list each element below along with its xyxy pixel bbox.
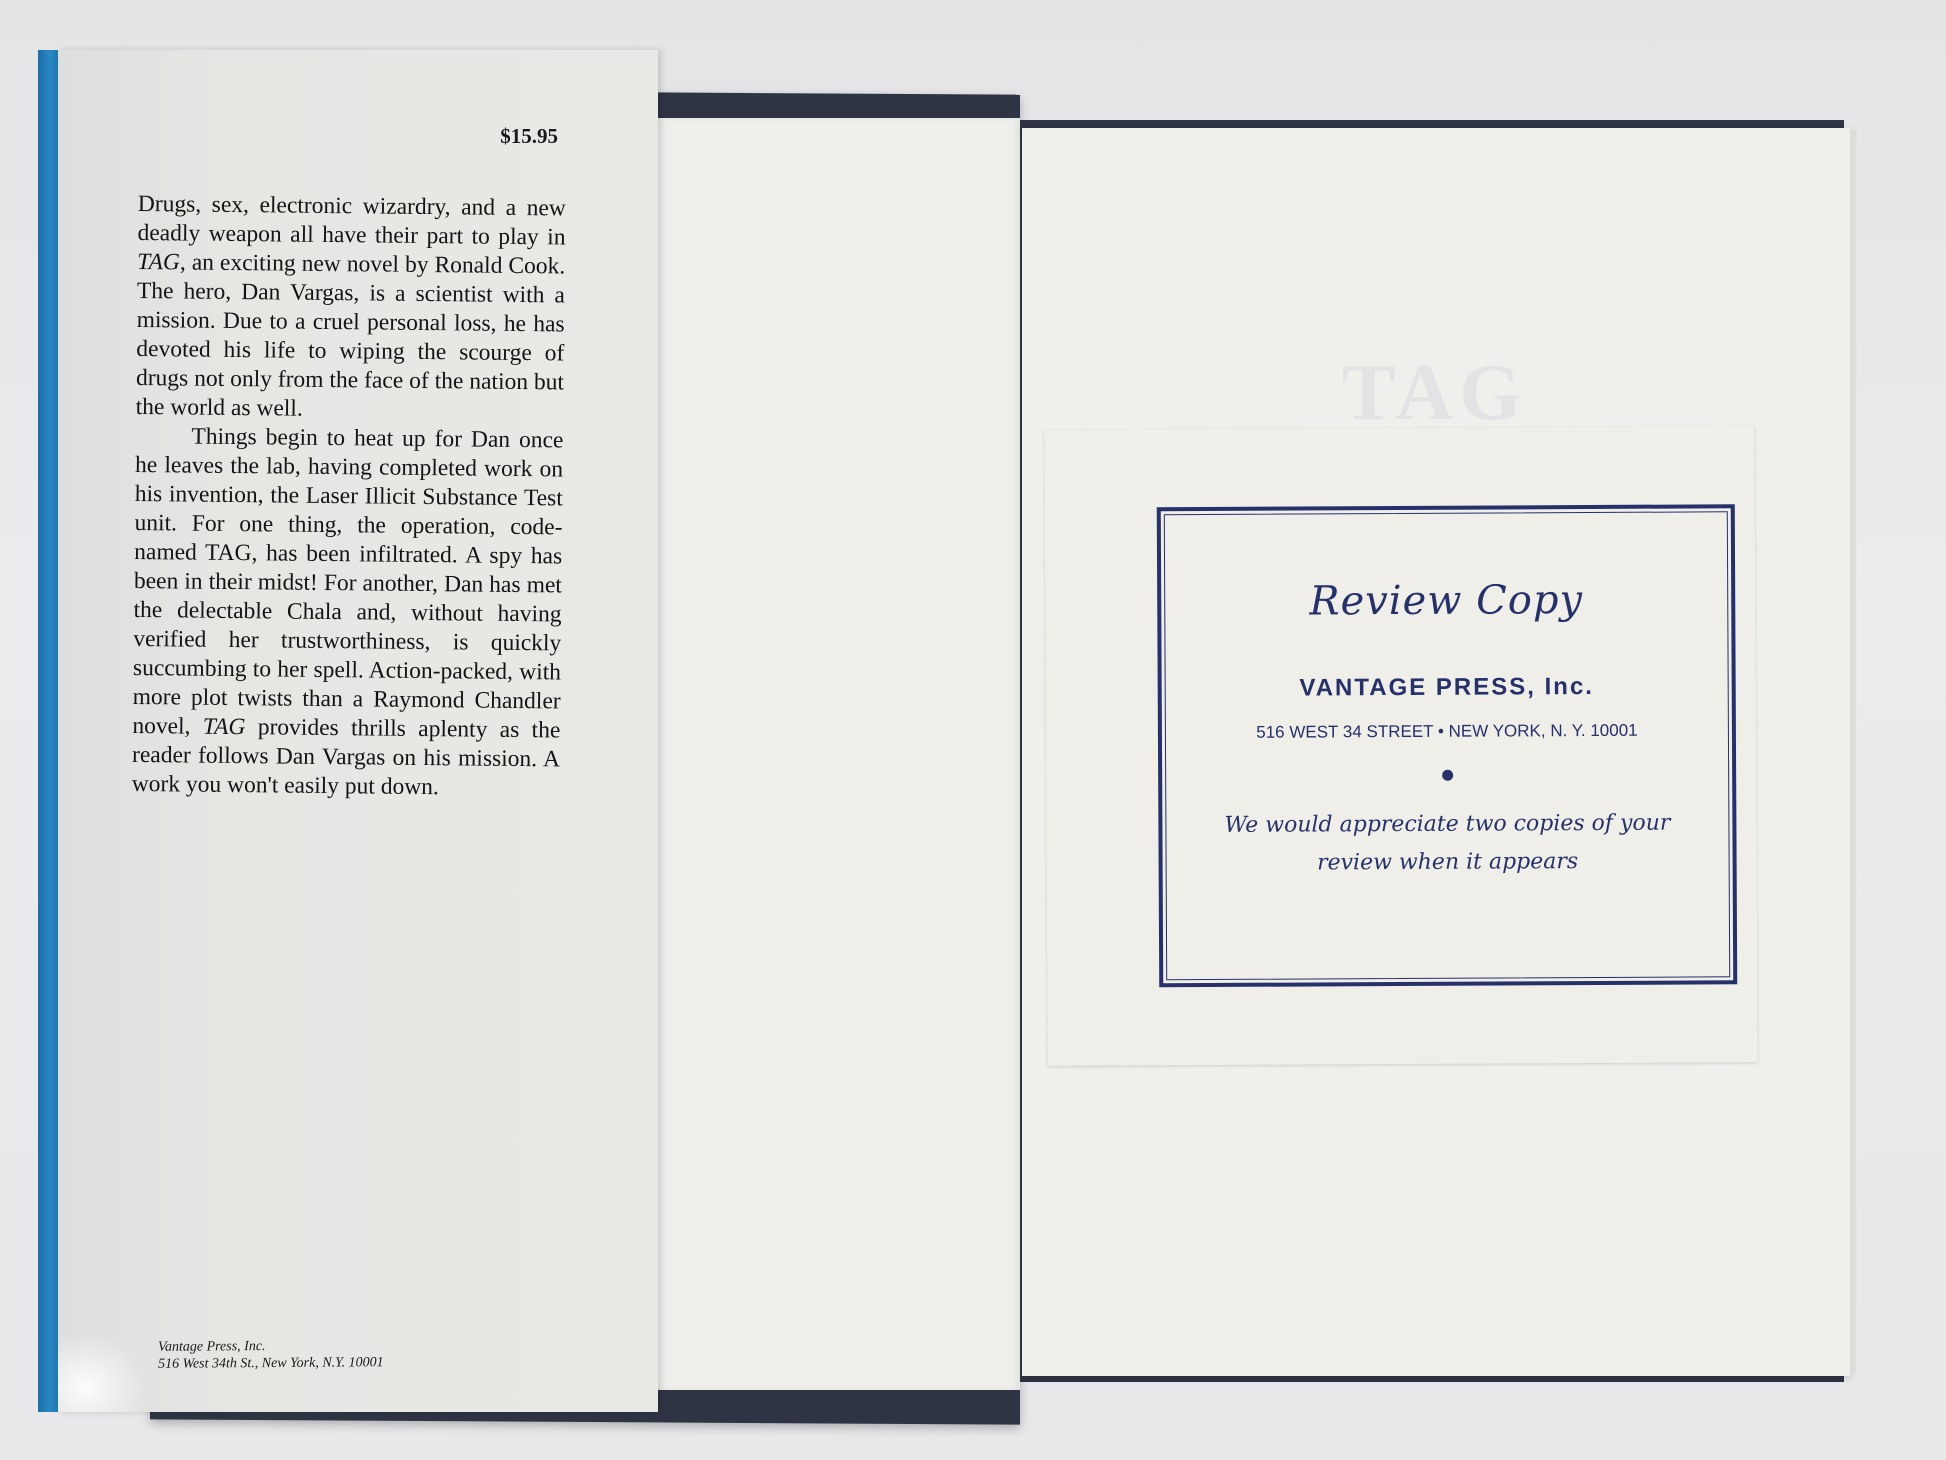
title-showthrough: TAG xyxy=(1342,348,1527,439)
blurb-paragraph-2: Things begin to heat up for Dan once he … xyxy=(132,422,564,803)
front-endpaper xyxy=(658,118,1020,1390)
publisher-name: VANTAGE PRESS, Inc. xyxy=(1166,672,1728,703)
bullet-dot-icon xyxy=(1442,770,1453,781)
note-line-1: We would appreciate two copies of your xyxy=(1206,804,1688,845)
publisher-imprint: Vantage Press, Inc. 516 West 34th St., N… xyxy=(158,1337,384,1373)
review-copy-heading: Review Copy xyxy=(1165,576,1727,625)
blurb-text: , an exciting new novel by Ronald Cook. … xyxy=(136,249,566,421)
review-request-note: We would appreciate two copies of your r… xyxy=(1206,804,1688,883)
blurb-paragraph-1: Drugs, sex, electronic wizardry, and a n… xyxy=(136,190,566,426)
glossy-glare xyxy=(58,1332,148,1412)
double-rule-border: Review Copy VANTAGE PRESS, Inc. 516 WEST… xyxy=(1157,504,1738,987)
book-title-italic: TAG xyxy=(137,249,180,275)
blurb-text: Things begin to heat up for Dan once he … xyxy=(132,424,563,740)
blurb-text: Drugs, sex, electronic wizardry, and a n… xyxy=(137,191,566,250)
page-block-edge xyxy=(1850,130,1856,1372)
price-label: $15.95 xyxy=(500,124,558,149)
jacket-spine-blue xyxy=(38,50,58,1412)
jacket-front-flap: $15.95 Drugs, sex, electronic wizardry, … xyxy=(58,50,658,1412)
review-copy-slip: Review Copy VANTAGE PRESS, Inc. 516 WEST… xyxy=(1044,426,1757,1066)
jacket-blurb: Drugs, sex, electronic wizardry, and a n… xyxy=(132,190,566,803)
imprint-name: Vantage Press, Inc. xyxy=(158,1337,384,1356)
publisher-address: 516 WEST 34 STREET • NEW YORK, N. Y. 100… xyxy=(1166,720,1728,743)
note-line-2: review when it appears xyxy=(1207,842,1689,883)
card-content: Review Copy VANTAGE PRESS, Inc. 516 WEST… xyxy=(1164,511,1730,980)
imprint-address: 516 West 34th St., New York, N.Y. 10001 xyxy=(158,1354,384,1373)
book-title-italic: TAG xyxy=(203,714,246,740)
